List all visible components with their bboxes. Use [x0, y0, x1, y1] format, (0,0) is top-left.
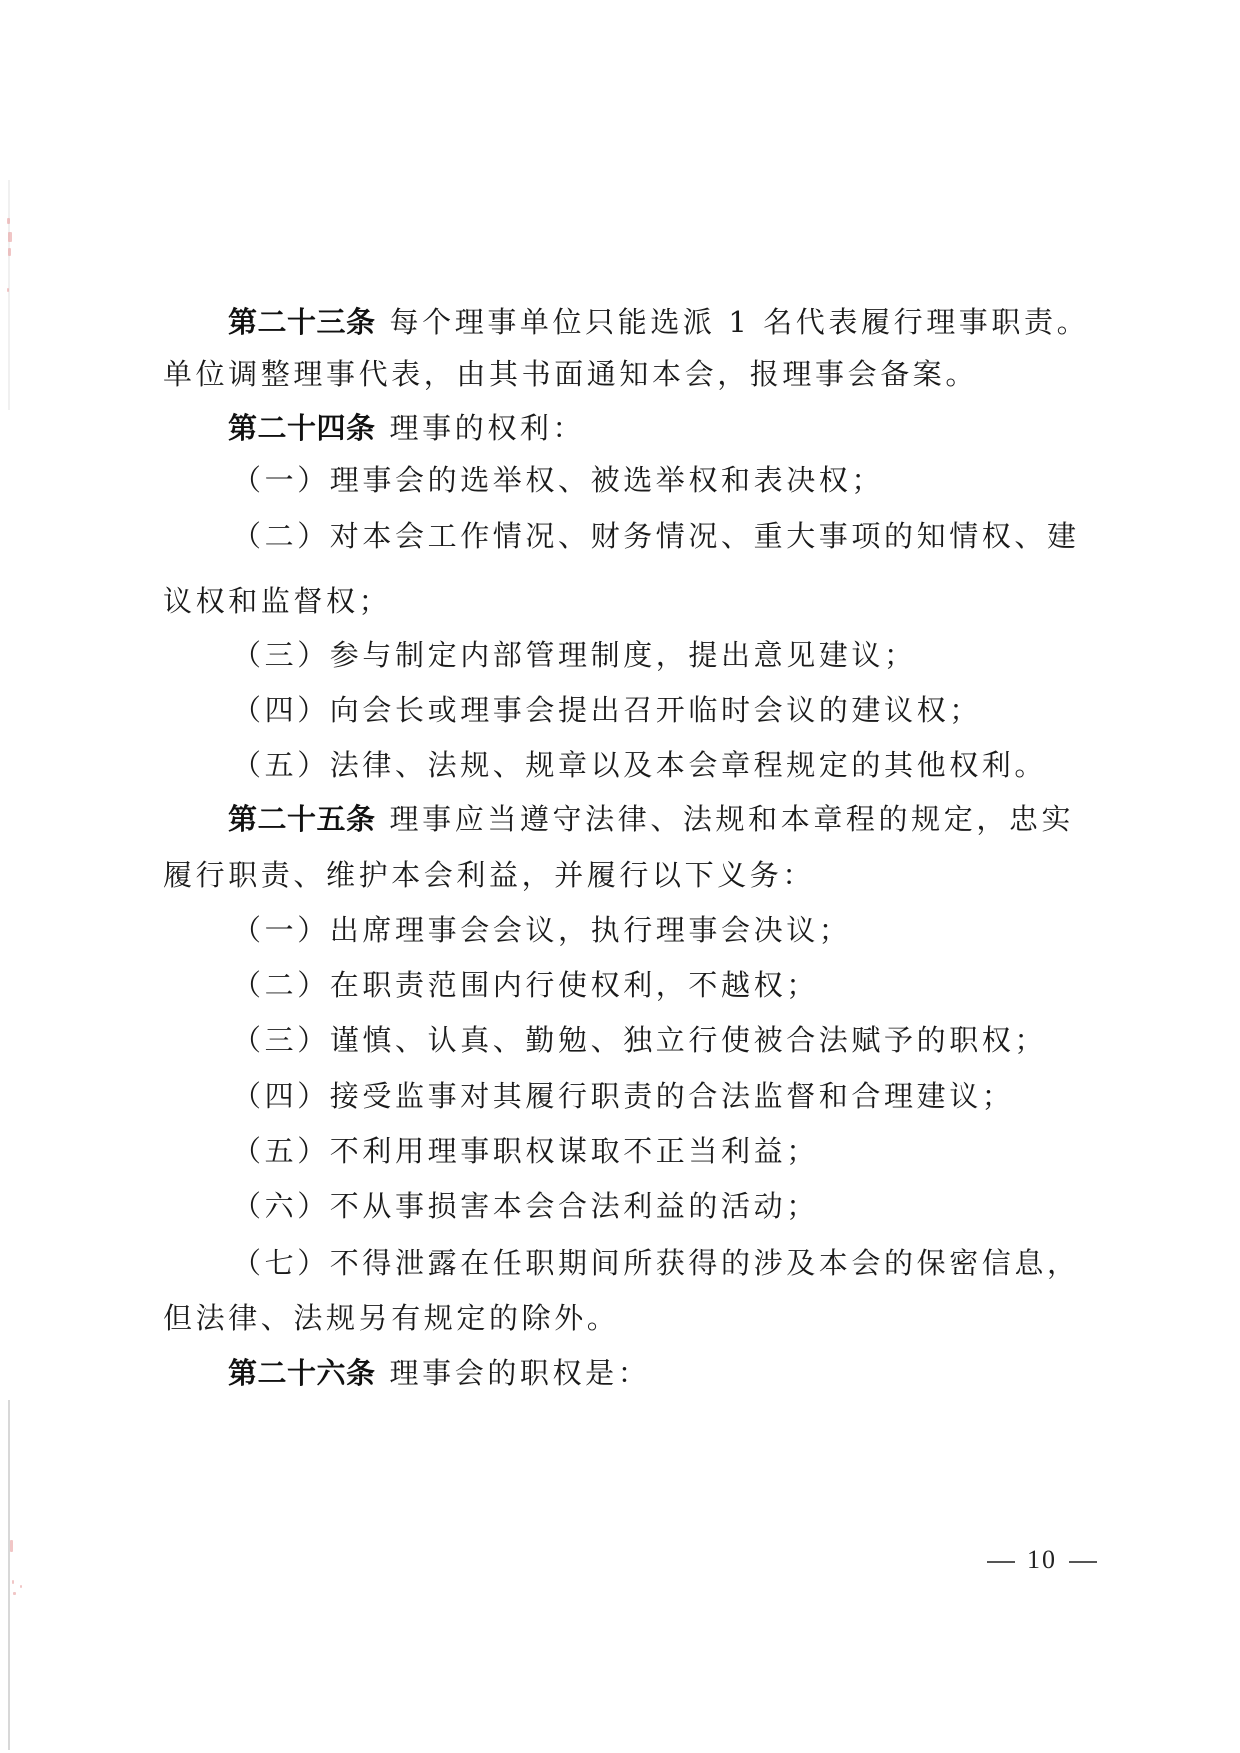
article-24-item-3: （三）参与制定内部管理制度，提出意见建议； [232, 630, 1162, 681]
article-25-item-7: （七）不得泄露在任职期间所获得的涉及本会的保密信息， [232, 1238, 1162, 1289]
scan-speck [12, 1580, 14, 1584]
article-25-line-2: 履行职责、维护本会利益，并履行以下义务： [163, 850, 1093, 901]
article-23-line-2: 单位调整理事代表，由其书面通知本会，报理事会备案。 [163, 349, 1093, 400]
article-25-line-1: 第二十五条理事应当遵守法律、法规和本章程的规定，忠实 [228, 794, 1158, 845]
dash-right [1069, 1561, 1097, 1563]
article-number: 第二十四条 [228, 411, 376, 445]
article-text: 单位调整理事代表，由其书面通知本会，报理事会备案。 [163, 357, 978, 391]
article-24-item-2-cont: 议权和监督权； [163, 576, 1093, 627]
list-item-text: （四）接受监事对其履行职责的合法监督和合理建议； [232, 1079, 1014, 1113]
article-text: 履行职责、维护本会利益，并履行以下义务： [163, 858, 815, 892]
list-item-text: （一）理事会的选举权、被选举权和表决权； [232, 463, 884, 497]
list-item-text: （三）谨慎、认真、勤勉、独立行使被合法赋予的职权； [232, 1023, 1047, 1057]
list-item-text: 但法律、法规另有规定的除外。 [163, 1301, 619, 1335]
article-25-item-3: （三）谨慎、认真、勤勉、独立行使被合法赋予的职权； [232, 1015, 1162, 1066]
article-23-line-1: 第二十三条每个理事单位只能选派 1 名代表履行理事职责。 [228, 297, 1158, 348]
scan-edge-top [8, 180, 10, 410]
list-item-text: （五）法律、法规、规章以及本会章程规定的其他权利。 [232, 748, 1047, 782]
list-item-text: （三）参与制定内部管理制度，提出意见建议； [232, 638, 917, 672]
dash-left [987, 1561, 1015, 1563]
list-item-text: （五）不利用理事职权谋取不正当利益； [232, 1134, 819, 1168]
article-number: 第二十六条 [228, 1356, 376, 1390]
list-item-text: （六）不从事损害本会合法利益的活动； [232, 1189, 819, 1223]
article-24-item-1: （一）理事会的选举权、被选举权和表决权； [232, 455, 1162, 506]
list-item-text: 议权和监督权； [163, 584, 391, 618]
document-page: 第二十三条每个理事单位只能选派 1 名代表履行理事职责。 单位调整理事代表，由其… [0, 0, 1240, 1753]
article-text: 每个理事单位只能选派 1 名代表履行理事职责。 [390, 305, 1090, 339]
article-text: 理事会的职权是： [390, 1356, 651, 1390]
article-text: 理事应当遵守法律、法规和本章程的规定，忠实 [390, 802, 1075, 836]
scan-speck [7, 218, 10, 224]
article-26-heading: 第二十六条理事会的职权是： [228, 1348, 1158, 1399]
article-25-item-7-cont: 但法律、法规另有规定的除外。 [163, 1293, 1093, 1344]
list-item-text: （二）对本会工作情况、财务情况、重大事项的知情权、建 [232, 519, 1080, 553]
scan-speck [20, 1585, 22, 1588]
article-number: 第二十三条 [228, 305, 376, 339]
article-25-item-6: （六）不从事损害本会合法利益的活动； [232, 1181, 1162, 1232]
article-24-heading: 第二十四条理事的权利： [228, 403, 1158, 454]
scan-edge-bottom [8, 1400, 10, 1750]
scan-speck [10, 1540, 13, 1552]
page-number: 10 [975, 1543, 1109, 1577]
article-25-item-2: （二）在职责范围内行使权利，不越权； [232, 960, 1162, 1011]
article-number: 第二十五条 [228, 802, 376, 836]
article-25-item-4: （四）接受监事对其履行职责的合法监督和合理建议； [232, 1071, 1162, 1122]
article-24-item-4: （四）向会长或理事会提出召开临时会议的建议权； [232, 685, 1162, 736]
scan-speck [7, 288, 9, 292]
article-24-item-2: （二）对本会工作情况、财务情况、重大事项的知情权、建 [232, 511, 1162, 562]
list-item-text: （一）出席理事会会议，执行理事会决议； [232, 913, 851, 947]
list-item-text: （七）不得泄露在任职期间所获得的涉及本会的保密信息， [232, 1246, 1080, 1280]
list-item-text: （二）在职责范围内行使权利，不越权； [232, 968, 819, 1002]
article-24-item-5: （五）法律、法规、规章以及本会章程规定的其他权利。 [232, 740, 1162, 791]
article-text: 理事的权利： [390, 411, 586, 445]
list-item-text: （四）向会长或理事会提出召开临时会议的建议权； [232, 693, 982, 727]
scan-speck [8, 232, 12, 242]
scan-speck [13, 1592, 16, 1595]
article-25-item-5: （五）不利用理事职权谋取不正当利益； [232, 1126, 1162, 1177]
page-number-value: 10 [1027, 1545, 1057, 1574]
scan-speck [8, 248, 11, 256]
article-25-item-1: （一）出席理事会会议，执行理事会决议； [232, 905, 1162, 956]
